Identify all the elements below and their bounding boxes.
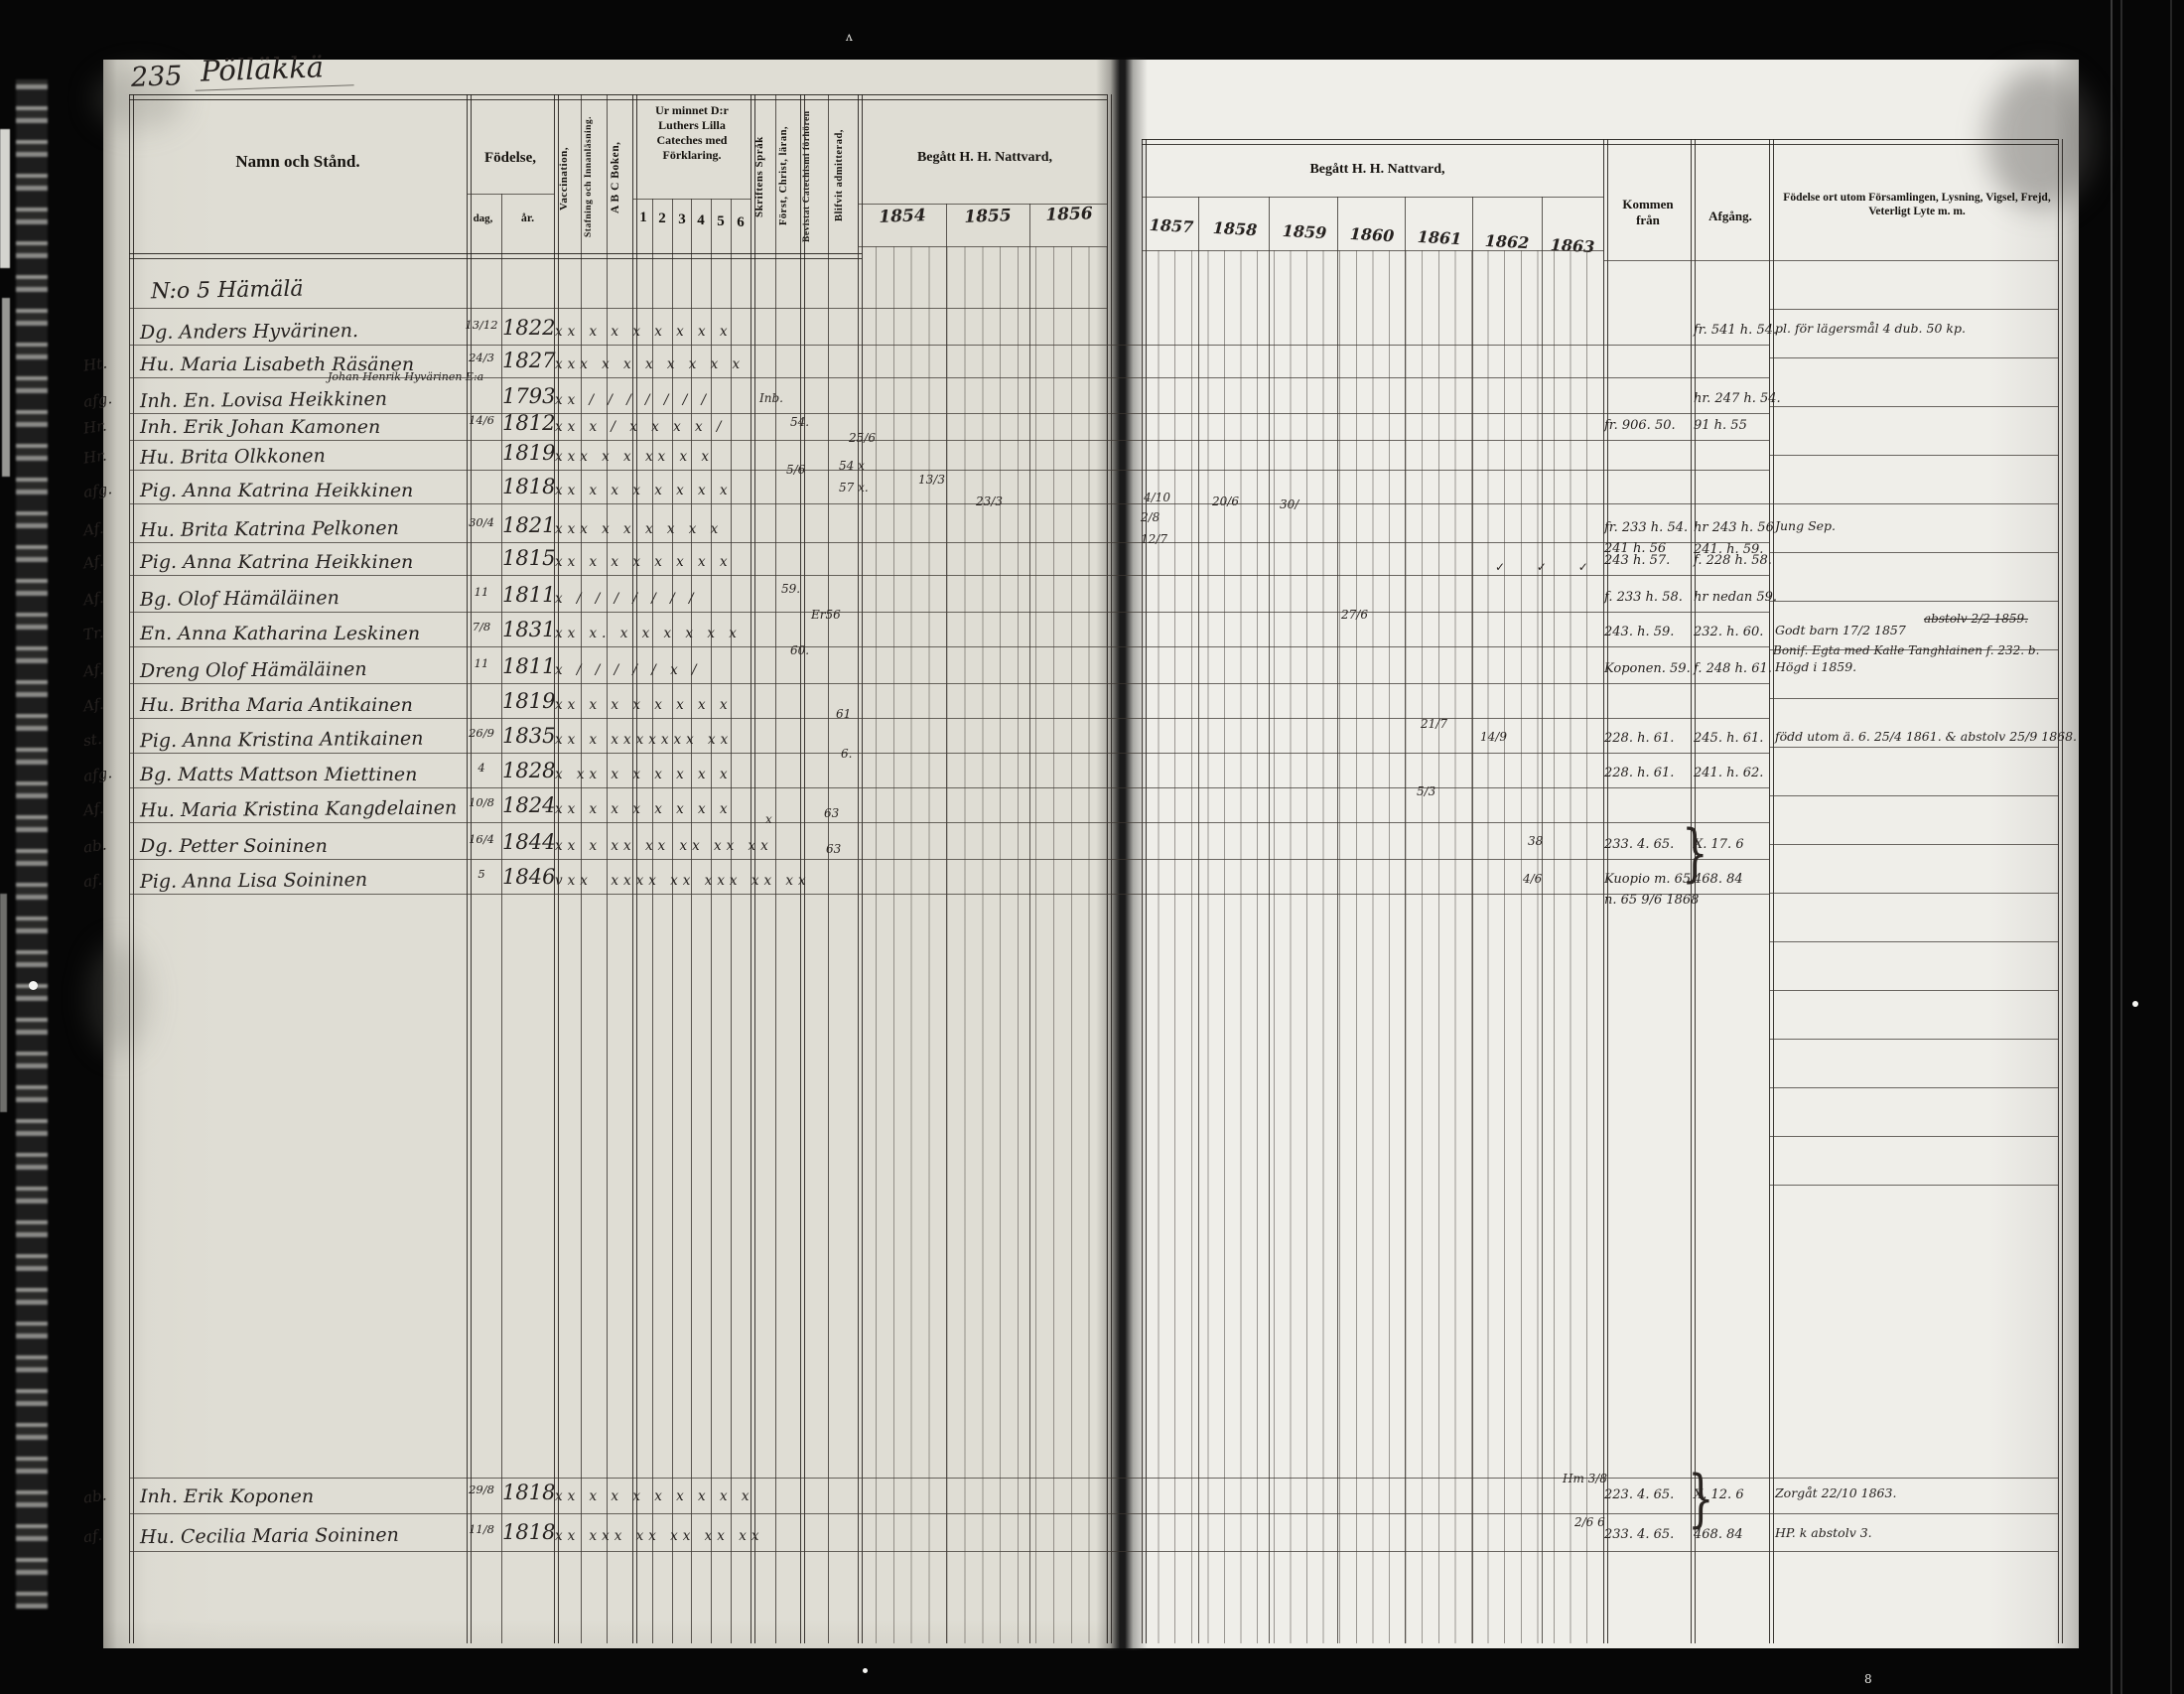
handwritten-annotation: 5/6 [786,463,805,477]
register-row: Af. Hu. Maria Kristina Kangdelainen 10/8… [0,798,2184,826]
handwritten-annotation: 14/9 [1480,730,1507,744]
come-from-entry: 243 h. 57. [1604,550,1670,571]
birth-day: 11 [463,585,500,599]
handwritten-annotation: 6. [841,747,852,761]
person-name: Inh. Erik Koponen [140,1485,314,1507]
register-row: Af. Bg. Olof Hämäläinen 11 1811 x / / / … [0,588,2184,616]
handwritten-annotation: 25/6 [849,431,876,445]
row-line [1142,139,2058,145]
handwritten-annotation: 63 [824,806,839,820]
row-line [1769,1185,2058,1186]
register-row: Hr. Hu. Brita Olkkonen 1819 xxx x x xx x… [0,446,2184,474]
birth-year: 1793 [502,384,555,408]
birth-year: 1818 [502,1481,555,1504]
communion-year: 1857 [1144,215,1200,238]
birth-year: 1835 [502,724,555,748]
catechism-col-number: 4 [692,212,710,230]
birth-year: 1819 [502,689,555,713]
catechism-col-number: 6 [732,213,750,232]
come-from-entry: 233. 4. 65. [1604,834,1674,855]
person-name: Pig. Anna Katrina Heikkinen [140,480,413,501]
reading-marks: xxx x x x x x x x [555,356,745,372]
departure-entry: hr. 247 h. 54. [1694,388,1781,410]
birth-day: 26/9 [463,726,500,740]
departure-entry: fr. 541 h. 54. [1694,320,1777,342]
remark-entry: född utom ä. 6. 25/4 1861. & abstolv 25/… [1775,729,2077,744]
catechism-col-number: 3 [673,211,691,229]
come-from-entry: 228. h. 61. [1604,763,1674,783]
person-name: Hu. Brita Katrina Pelkonen [140,517,399,541]
communion-year: 1861 [1410,226,1470,249]
row-line [1769,309,2058,310]
person-name: Pig. Anna Kristina Antikainen [140,728,424,752]
row-line [1769,1039,2058,1040]
handwritten-annotation: ʌ [846,30,853,44]
reading-marks: xx xxx xx xx xx xx [555,1528,763,1544]
person-name: Hu. Maria Kristina Kangdelainen [140,797,457,822]
handwritten-annotation: 63 [826,842,841,856]
person-name: Hu. Cecilia Maria Soininen [140,1524,399,1548]
margin-note: Af. [82,519,105,540]
row-line [1142,197,1603,198]
register-row: Ht. Hu. Maria Lisabeth Räsänen Johan Hen… [0,353,2184,381]
person-name: En. Anna Katharina Leskinen [140,623,420,644]
departure-entry: 241. h. 62. [1694,763,1763,784]
register-row: Af. Dreng Olof Hämäläinen 11 1811 x / / … [0,659,2184,687]
remark-entry: HP. k abstolv 3. [1775,1525,1872,1540]
birth-year: 1818 [502,475,555,498]
register-row: af. Pig. Anna Lisa Soininen 5 1846 vxx x… [0,870,2184,898]
row-line [1603,260,2058,261]
communion-year: 1858 [1205,217,1266,240]
birth-day: 16/4 [463,832,500,846]
remark-entry: pl. för lägersmål 4 dub. 50 kp. [1775,321,1966,336]
row-line [129,94,1107,100]
birth-day: 11 [463,656,500,670]
handwritten-annotation: 2/8 [1141,510,1160,524]
handwritten-annotation: 57 x. [839,481,869,494]
departure-entry: hr nedan 59. [1694,587,1777,609]
handwritten-annotation: Hm 3/8 [1563,1472,1607,1485]
birth-day: 13/12 [463,318,500,332]
reading-marks: xx x x x x x x x [555,697,733,713]
communion-year: 1854 [866,206,940,229]
reading-marks: xx x x x x x x x [555,483,733,498]
birth-day: 24/3 [463,351,500,364]
vertical-header-abc: A B C Boken, [610,104,621,251]
birth-year: 1819 [502,441,555,465]
reading-marks: x / / / / / / / [555,591,699,607]
communion-year: 1860 [1342,223,1403,246]
register-row: Hr. Inh. Erik Johan Kamonen 14/6 1812 xx… [0,416,2184,444]
birth-year: 1827 [502,349,555,372]
birth-year: 1831 [502,618,555,641]
birth-day: 14/6 [463,413,500,427]
margin-note: af. [82,1526,103,1546]
come-from-entry: Koponen. 59. [1604,658,1691,679]
handwritten-annotation: Inb. [759,391,783,405]
handwritten-annotation: Bonif. Egta med Kalle Tanghlainen f. 232… [1773,643,2039,657]
reading-marks: xxx x x x x x x [555,521,723,537]
handwritten-annotation: 13/3 [918,473,945,487]
birth-year: 1821 [502,513,555,537]
come-from-entry: 243. h. 59. [1604,622,1674,642]
remark-entry: Godt barn 17/2 1857 [1775,623,1906,637]
come-from-entry: 228. h. 61. [1604,728,1674,749]
communion-year: 1859 [1275,220,1335,243]
communion-year: 1856 [1032,204,1107,227]
person-name: Hu. Britha Maria Antikainen [140,694,413,716]
vertical-header-spelling: Stafning och Innanläsning. [584,101,606,252]
birth-year: 1811 [502,583,555,607]
departure-entry: 232. h. 60. [1694,622,1763,643]
departure-entry: f. 228 h. 58. [1694,550,1772,572]
remark-entry: Högd i 1859. [1775,659,1856,674]
vertical-header-attended-catechism: Bevistat Catechismi förhören [802,101,826,252]
register-row: afg. Inh. En. Lovisa Heikkinen 1793 xx /… [0,389,2184,417]
handwritten-annotation: 60. [790,643,809,657]
vertical-header-vaccination: Vaccination, [558,107,570,251]
handwritten-annotation: 61 [836,707,851,721]
handwritten-annotation: 4/10 [1144,491,1170,504]
person-name: Dreng Olof Hämäläinen [140,658,367,682]
birth-year: 1812 [502,411,555,435]
ledger: 235 Pölläkkä Namn och Stånd. Födelse, da… [0,0,2184,1694]
birth-day: 10/8 [463,795,500,809]
birth-year: 1822 [502,316,555,340]
communion-header-right: Begått H. H. Nattvard, [1152,161,1603,179]
birth-year: 1818 [502,1520,555,1544]
handwritten-annotation: abstolv 2/2 1859. [1924,612,2028,626]
handwritten-annotation: 54. [790,415,809,429]
birth-day: 30/4 [463,515,500,529]
handwritten-annotation: 27/6 [1341,608,1368,622]
person-name: Bg. Olof Hämäläinen [140,587,340,611]
margin-note: afg. [82,389,113,411]
catechism-col-number: 2 [653,210,671,228]
handwritten-annotation: 4/6 [1523,872,1542,886]
birth-sub-year: år. [501,211,554,225]
reading-marks: xx x x x x x x x x [555,1488,753,1504]
person-name: Pig. Anna Katrina Heikkinen [140,551,413,573]
margin-note: af. [82,871,103,891]
column-header-remarks: Födelse ort utom Församlingen, Lysning, … [1779,191,2055,219]
page-place-title: Pölläkkä [194,49,353,91]
person-name: Inh. En. Lovisa Heikkinen [140,388,387,412]
margin-note: Hr. [82,416,108,437]
row-line [858,204,1107,205]
register-row: ab. Inh. Erik Koponen 29/8 1818 xx x x x… [0,1485,2184,1513]
register-row: ab. Dg. Petter Soininen 16/4 1844 xx x x… [0,835,2184,863]
handwritten-annotation: 59. [781,582,800,596]
departure-entry: 91 h. 55 [1694,415,1747,437]
birth-day: 5 [463,867,500,881]
handwritten-annotation: 38 [1528,834,1543,848]
register-row: Af. Hu. Brita Katrina Pelkonen 30/4 1821… [0,518,2184,546]
handwritten-annotation: 23/3 [976,494,1003,508]
column-header-departure: Afgång. [1694,209,1767,224]
person-name: Dg. Petter Soininen [140,835,328,857]
film-scan: 235 Pölläkkä Namn och Stånd. Födelse, da… [0,0,2184,1694]
birth-day: 7/8 [463,620,500,634]
handwritten-annotation: ✓ ✓ ✓ [1495,560,1602,574]
birth-day: 4 [463,761,500,775]
reading-marks: xxx x x xx x x [555,449,714,465]
margin-note: st. [82,730,103,750]
come-from-entry: 233. 4. 65. [1604,1524,1674,1545]
section-heading: N:o 5 Hämälä [151,277,304,305]
row-line [1769,941,2058,942]
handwritten-annotation: Er56 [811,608,841,622]
communion-header-left: Begått H. H. Nattvard, [866,149,1104,167]
margin-note: Ht. [82,353,108,374]
remark-entry: Jung Sep. [1775,518,1836,533]
reading-marks: x / / / / / x / [555,662,702,678]
row-line [1769,795,2058,796]
birth-year: 1828 [502,759,555,782]
birth-year: 1824 [502,793,555,817]
come-from-entry: 223. 4. 65. [1604,1484,1674,1505]
birth-year: 1846 [502,865,555,889]
handwritten-annotation: x [765,812,772,826]
remark-entry: Zorgåt 22/10 1863. [1775,1485,1896,1500]
birth-year: 1811 [502,654,555,678]
page-number: 235 [130,61,183,93]
row-line [632,199,751,200]
person-subname: Johan Henrik Hyvärinen E:a [328,370,483,383]
birth-day: 29/8 [463,1482,500,1496]
handwritten-annotation: 21/7 [1421,717,1447,731]
catechism-col-number: 5 [712,212,730,231]
handwritten-annotation: 20/6 [1212,494,1239,508]
margin-note: ab. [82,835,108,856]
reading-marks: xx x x x x x x x [555,801,733,817]
come-from-entry: fr. 906. 50. [1604,415,1676,436]
person-name: Hu. Brita Olkkonen [140,445,326,469]
person-name: Dg. Anders Hyvärinen. [140,320,358,344]
handwritten-annotation: 12/7 [1141,532,1167,546]
register-row: st. Pig. Anna Kristina Antikainen 26/9 1… [0,729,2184,757]
row-line [467,194,554,195]
margin-note: afg. [82,764,113,785]
person-name: Inh. Erik Johan Kamonen [140,416,380,438]
come-from-entry: f. 233 h. 58. [1604,587,1683,608]
reading-marks: x xx x x x x x x [555,767,733,782]
row-line [1769,1136,2058,1137]
margin-note: Af. [82,660,105,681]
margin-note: Af. [82,589,105,610]
column-header-come-from: Kommen från [1606,197,1690,229]
birth-year: 1815 [502,546,555,570]
margin-note: Af. [82,552,105,573]
register-row: af. Hu. Cecilia Maria Soininen 11/8 1818… [0,1525,2184,1553]
reading-marks: xx x. x x x x x x [555,626,742,641]
column-header-birth: Födelse, [467,149,554,168]
margin-note: ab. [82,1485,108,1506]
reading-marks: xx x xxxxxxx xx [555,732,733,748]
reading-marks: xx / / / / / / / [555,392,711,408]
reading-marks: vxx xxxx xx xxx xx xx [555,873,811,889]
register-row: afg. Bg. Matts Mattson Miettinen 4 1828 … [0,764,2184,791]
margin-note: Tr. [82,624,105,644]
handwritten-annotation: 8 [1864,1672,1872,1686]
birth-year: 1844 [502,830,555,854]
row-line [1769,1087,2058,1088]
catechism-header: Ur minnet D:r Luthers Lilla Cateches med… [635,103,749,163]
handwritten-annotation: 5/3 [1417,784,1435,798]
margin-note: Af. [82,695,105,716]
birth-day: 11/8 [463,1522,500,1536]
handwritten-annotation: } [1688,1462,1714,1535]
handwritten-annotation: 30/ [1280,497,1298,511]
register-row: Af. Pig. Anna Katrina Heikkinen 1815 xx … [0,551,2184,579]
departure-entry: 245. h. 61. [1694,728,1763,750]
register-row: Dg. Anders Hyvärinen. 13/12 1822 xx x x … [0,321,2184,349]
person-name: Pig. Anna Lisa Soininen [140,869,367,893]
reading-marks: xx x x x x x x x [555,554,733,570]
row-line [129,253,862,259]
handwritten-annotation: 2/6 6 [1574,1515,1605,1529]
vertical-header-first-christian: Först, Christ, läran, [778,101,789,250]
person-name: Bg. Matts Mattson Miettinen [140,764,417,785]
vertical-header-admitted: Blifvit admitterad, [834,101,845,250]
reading-marks: xx x / x x x x / [555,419,726,435]
column-header-name: Namn och Stånd. [149,151,447,172]
reading-marks: xx x x x x x x x [555,324,733,340]
register-row: afg. Pig. Anna Katrina Heikkinen 1818 xx… [0,480,2184,507]
register-row: Af. Hu. Britha Maria Antikainen 1819 xx … [0,694,2184,722]
margin-note: afg. [82,480,113,501]
communion-year: 1855 [951,206,1025,229]
handwritten-annotation: 54 x [839,459,865,473]
handwritten-annotation: } [1682,816,1708,890]
margin-note: Af. [82,799,105,820]
row-line [1769,990,2058,991]
reading-marks: xx x xx xx xx xx xx [555,838,773,854]
margin-note: Hr. [82,446,108,467]
departure-entry: f. 248 h. 61. [1694,658,1772,680]
